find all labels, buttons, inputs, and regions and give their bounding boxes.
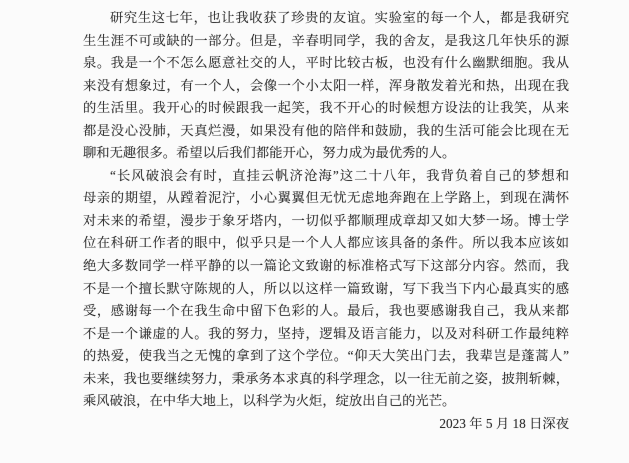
document-body: 研究生这七年，也让我收获了珍贵的友谊。实验室的每一个人，都是我研究生生涯不可或缺… [83, 7, 569, 435]
text-line: 研究生这七年，也让我收获了珍贵的友谊。实验室的每一个人，都是我研究 [83, 7, 569, 30]
text-line: 受，感谢每一个在我生命中留下色彩的人。最后，我也要感谢我自己，我从来都 [83, 300, 569, 323]
paragraphs: 研究生这七年，也让我收获了珍贵的友谊。实验室的每一个人，都是我研究生生涯不可或缺… [83, 7, 569, 413]
text-line: 乘风破浪，在中华大地上，以科学为火炬，绽放出自己的光芒。 [83, 390, 569, 413]
text-line: 不是一个谦虚的人。我的努力，坚持，逻辑及语言能力，以及对科研工作最纯粹 [83, 323, 569, 346]
text-line: 未来，我也要继续努力，秉承务本求真的科学理念，以一往无前之姿，披荆斩棘， [83, 368, 569, 391]
paragraph: 研究生这七年，也让我收获了珍贵的友谊。实验室的每一个人，都是我研究生生涯不可或缺… [83, 7, 569, 165]
text-line: 都是没心没肺，天真烂漫，如果没有他的陪伴和鼓励，我的生活可能会比现在无 [83, 120, 569, 143]
text-line: 位在科研工作者的眼中，似乎只是一个人人都应该具备的条件。所以我本应该如 [83, 232, 569, 255]
text-line: 生生涯不可或缺的一部分。但是，辛春明同学，我的舍友，是我这几年快乐的源 [83, 30, 569, 53]
text-line: “长风破浪会有时，直挂云帆济沧海”这二十八年，我背负着自己的梦想和 [83, 165, 569, 188]
text-line: 泉。我是一个不怎么愿意社交的人，平时比较古板，也没有什么幽默细胞。我从 [83, 52, 569, 75]
text-line: 不是一个擅长默守陈规的人，所以以这样一篇致谢，写下我当下内心最真实的感 [83, 278, 569, 301]
text-line: 对未来的希望，漫步于象牙塔内，一切似乎都顺理成章却又如大梦一场。博士学 [83, 210, 569, 233]
text-line: 绝大多数同学一样平静的以一篇论文致谢的标准格式写下这部分内容。然而，我 [83, 255, 569, 278]
text-line: 来没有想象过，有一个人，会像一个小太阳一样，浑身散发着光和热，出现在我 [83, 75, 569, 98]
date-line: 2023 年 5 月 18 日深夜 [83, 413, 569, 436]
text-line: 的生活里。我开心的时候跟我一起笑，我不开心的时候想方设法的让我笑，从来 [83, 97, 569, 120]
text-line: 的热爱，使我当之无愧的拿到了这个学位。“仰天大笑出门去，我辈岂是蓬蒿人” [83, 345, 569, 368]
document-sheet: 研究生这七年，也让我收获了珍贵的友谊。实验室的每一个人，都是我研究生生涯不可或缺… [0, 0, 629, 463]
paragraph: “长风破浪会有时，直挂云帆济沧海”这二十八年，我背负着自己的梦想和母亲的期望，从… [83, 165, 569, 413]
text-line: 聊和无趣很多。希望以后我们都能开心，努力成为最优秀的人。 [83, 142, 569, 165]
text-line: 母亲的期望，从蹚着泥泞，小心翼翼但无忧无虑地奔跑在上学路上，到现在满怀 [83, 187, 569, 210]
